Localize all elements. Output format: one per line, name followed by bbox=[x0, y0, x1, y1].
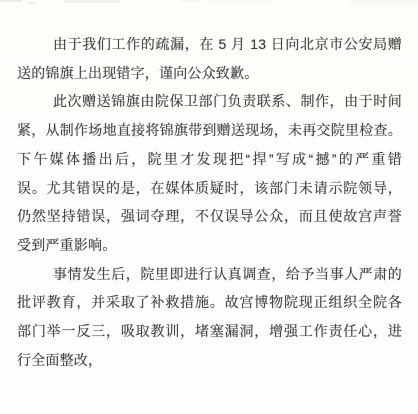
scan-remnant-mark bbox=[210, 0, 270, 3]
scan-remnant-mark bbox=[0, 0, 22, 2]
text-line: 由于我们工作的疏漏，在 5 月 13 日向北京市公安局赠 bbox=[17, 30, 402, 59]
document-body: 由于我们工作的疏漏，在 5 月 13 日向北京市公安局赠送的锦旗上出现错字，谨向… bbox=[17, 30, 402, 374]
paragraph: 由于我们工作的疏漏，在 5 月 13 日向北京市公安局赠送的锦旗上出现错字，谨向… bbox=[17, 30, 402, 87]
text-line: 部门举一反三，吸取教训，堵塞漏洞，增强工作责任心，进 bbox=[17, 317, 402, 346]
scan-remnant-mark bbox=[180, 0, 198, 2]
text-line: 送的锦旗上出现错字，谨向公众致歉。 bbox=[17, 59, 402, 88]
scan-remnant-mark bbox=[27, 2, 36, 4]
text-line: 受到严重影响。 bbox=[17, 231, 402, 260]
text-line: 批评教育，并采取了补救措施。故宫博物院现正组织全院各 bbox=[17, 288, 402, 317]
paragraph: 此次赠送锦旗由院保卫部门负责联系、制作，由于时间紧，从制作场地直接将锦旗带到赠送… bbox=[17, 87, 402, 259]
text-line: 下午媒体播出后，院里才发现把“捍”写成“撼”的严重错 bbox=[17, 145, 402, 174]
text-line: 行全面整改， bbox=[17, 346, 402, 375]
text-line: 紧，从制作场地直接将锦旗带到赠送现场，未再交院里检查。 bbox=[17, 116, 402, 145]
text-line: 仍然坚持错误，强词夺理，不仅误导公众，而且使故宫声誉 bbox=[17, 202, 402, 231]
scanned-statement-page: 由于我们工作的疏漏，在 5 月 13 日向北京市公安局赠送的锦旗上出现错字，谨向… bbox=[0, 0, 418, 414]
scan-remnant-mark bbox=[64, 0, 120, 3]
text-line: 误。尤其错误的是，在媒体质疑时，该部门未请示院领导， bbox=[17, 174, 402, 203]
text-line: 此次赠送锦旗由院保卫部门负责联系、制作，由于时间 bbox=[17, 87, 402, 116]
paragraph: 事情发生后，院里即进行认真调查，给予当事人严肃的批评教育，并采取了补救措施。故宫… bbox=[17, 260, 402, 375]
scan-remnant-mark bbox=[350, 0, 418, 4]
text-line: 事情发生后，院里即进行认真调查，给予当事人严肃的 bbox=[17, 260, 402, 289]
